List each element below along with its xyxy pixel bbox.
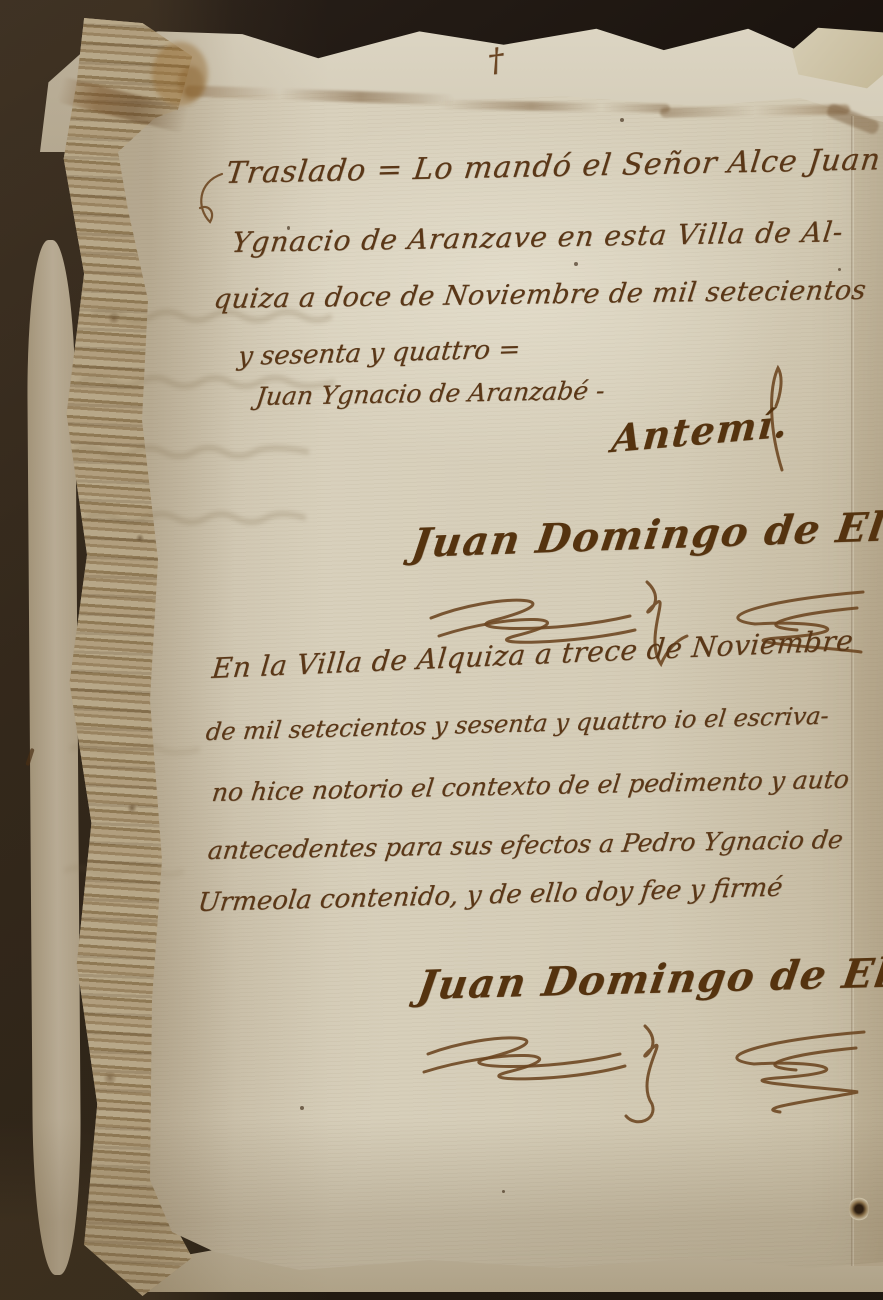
ink-speck	[838, 268, 841, 271]
bleedthrough-ghost-text	[64, 862, 184, 880]
ink-speck	[502, 1190, 505, 1193]
bleedthrough-ghost-text	[86, 508, 306, 528]
ink-speck	[300, 1106, 304, 1110]
paragraph-mark-flourish	[188, 168, 228, 228]
faded-ink-stain	[178, 66, 204, 100]
bleedthrough-ghost-text	[74, 442, 309, 462]
manuscript-photo: † Traslado = Lo mandó el Señor Alce Juan…	[0, 0, 883, 1300]
bleedthrough-ghost-text	[70, 740, 200, 758]
manuscript-line: Juan Ygnacio de Aranzabé -	[254, 376, 606, 411]
ink-speck	[574, 262, 578, 266]
ink-speck	[620, 118, 624, 122]
wormhole	[849, 1196, 869, 1222]
signature-flourish	[420, 1020, 870, 1130]
